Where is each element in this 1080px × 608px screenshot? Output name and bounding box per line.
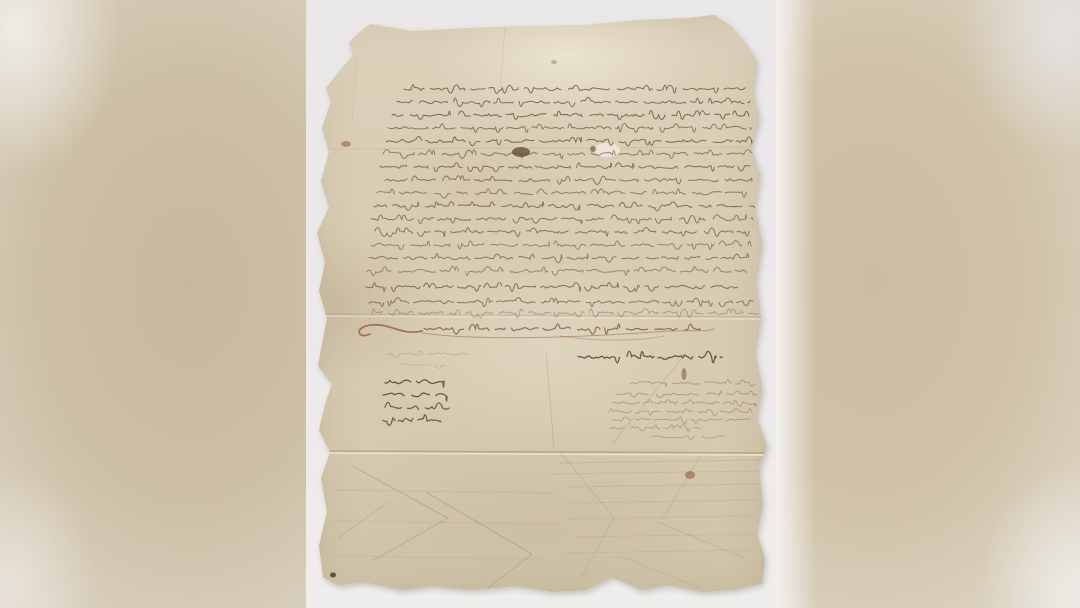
blurred-backdrop-right [776, 0, 1080, 608]
document-photo [306, 0, 776, 608]
handwriting-blocks [366, 85, 758, 440]
blurred-backdrop-left [0, 0, 306, 608]
image-canvas [0, 0, 1080, 608]
manuscript-overlay [306, 0, 776, 608]
